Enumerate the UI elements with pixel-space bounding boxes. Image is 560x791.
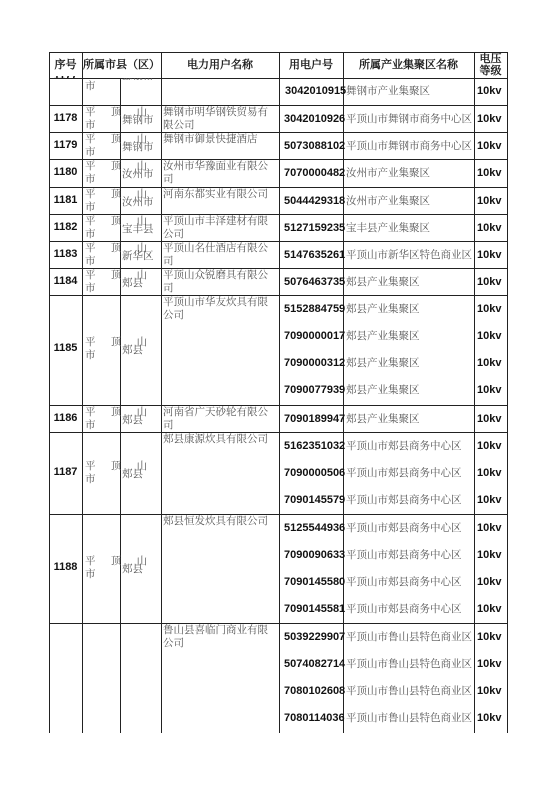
account-no: 5074082714 [284, 658, 345, 671]
voltage-level: 10kv [477, 113, 501, 126]
header-city-county: 所属市县（区） [82, 52, 161, 78]
header-user-name: 电力用户名称 [161, 52, 279, 78]
row-city-suffix: 市 [85, 568, 96, 581]
cluster-name: 汝州市产业集聚区 [346, 195, 430, 208]
row-divider [49, 432, 508, 433]
partial-row-city: 市 [85, 80, 96, 93]
row-county: 郏县 [122, 344, 143, 357]
row-seq: 1183 [49, 248, 82, 261]
voltage-level: 10kv [477, 440, 501, 453]
header-voltage-line2: 等级 [474, 65, 507, 77]
row-user-name: 汝州市华豫面业有限公司 [163, 160, 278, 186]
row-user-name: 平顶山众锐磨具有限公司 [163, 269, 278, 295]
column-divider [82, 52, 83, 733]
voltage-level: 10kv [477, 658, 501, 671]
voltage-level: 10kv [477, 249, 501, 262]
cluster-name: 郏县产业集聚区 [346, 384, 420, 397]
account-no: 7070000482 [284, 167, 345, 180]
voltage-level: 10kv [477, 712, 501, 725]
row-county: 新华区 [122, 250, 154, 263]
row-city-suffix: 市 [85, 119, 96, 132]
cluster-name: 平顶山市郏县商务中心区 [346, 576, 462, 589]
account-no: 7090077939 [284, 384, 345, 397]
column-divider [279, 52, 280, 733]
voltage-level: 10kv [477, 685, 501, 698]
header-bottom-border [49, 78, 508, 79]
row-county: 郏县 [122, 414, 143, 427]
column-divider [161, 52, 162, 733]
account-no: 5073088102 [284, 140, 345, 153]
row-city-suffix: 市 [85, 349, 96, 362]
partial-row-voltage: 10kv [477, 85, 501, 98]
row-city-suffix: 市 [85, 473, 96, 486]
row-seq: 1180 [49, 166, 82, 179]
row-county: 汝州市 [122, 168, 154, 181]
account-no: 7090000506 [284, 467, 345, 480]
row-city-suffix: 市 [85, 173, 96, 186]
row-seq: 1178 [49, 112, 82, 125]
cluster-name: 郏县产业集聚区 [346, 357, 420, 370]
voltage-level: 10kv [477, 631, 501, 644]
cluster-name: 平顶山市郏县商务中心区 [346, 494, 462, 507]
row-county: 汝州市 [122, 196, 154, 209]
voltage-level: 10kv [477, 195, 501, 208]
voltage-level: 10kv [477, 357, 501, 370]
cluster-name: 平顶山市郏县商务中心区 [346, 440, 462, 453]
row-seq: 1182 [49, 221, 82, 234]
voltage-level: 10kv [477, 303, 501, 316]
row-city-suffix: 市 [85, 228, 96, 241]
row-seq: 1186 [49, 412, 82, 425]
account-no: 5127159235 [284, 222, 345, 235]
account-no: 7080114036 [284, 712, 345, 725]
cluster-name: 郏县产业集聚区 [346, 413, 420, 426]
cluster-name: 平顶山市舞钢市商务中心区 [346, 113, 472, 126]
row-seq: 1179 [49, 139, 82, 152]
account-no: 5044429318 [284, 195, 345, 208]
row-city-suffix: 市 [85, 419, 96, 432]
account-no: 7090000017 [284, 330, 345, 343]
account-no: 7090189947 [284, 413, 345, 426]
header-voltage: 电压 等级 [474, 52, 507, 78]
cluster-name: 平顶山市郏县商务中心区 [346, 603, 462, 616]
account-no: 7090090633 [284, 549, 345, 562]
row-county: 舞钢市 [122, 114, 154, 127]
header-cluster-name: 所属产业集聚区名称 [343, 52, 474, 78]
partial-row-account-no: 3042010915 [285, 85, 346, 98]
voltage-level: 10kv [477, 549, 501, 562]
voltage-level: 10kv [477, 413, 501, 426]
row-county: 宝丰县 [122, 223, 154, 236]
cluster-name: 郏县产业集聚区 [346, 303, 420, 316]
account-no: 5147635261 [284, 249, 345, 262]
voltage-level: 10kv [477, 140, 501, 153]
row-seq: 1185 [49, 342, 82, 355]
row-seq: 1184 [49, 275, 82, 288]
row-county: 郏县 [122, 563, 143, 576]
row-county: 郏县 [122, 468, 143, 481]
row-city-suffix: 市 [85, 255, 96, 268]
row-user-name: 河南省广天砂轮有限公司 [163, 406, 278, 432]
row-city-suffix: 市 [85, 146, 96, 159]
voltage-level: 10kv [477, 494, 501, 507]
account-no: 5162351032 [284, 440, 345, 453]
cluster-name: 宝丰县产业集聚区 [346, 222, 430, 235]
row-user-name: 平顶山市华友炊具有限公司 [163, 296, 278, 322]
cluster-name: 平顶山市郏县商务中心区 [346, 467, 462, 480]
row-divider [49, 295, 508, 296]
row-user-name: 鲁山县喜临门商业有限公司 [163, 624, 278, 650]
row-divider [49, 514, 508, 515]
partial-row-cluster: 舞钢市产业集聚区 [346, 85, 430, 98]
header-seq: 序号 [49, 52, 82, 78]
account-no: 7080102608 [284, 685, 345, 698]
row-user-name: 舞钢市明华钢铁贸易有限公司 [163, 106, 278, 132]
voltage-level: 10kv [477, 167, 501, 180]
row-user-name: 平顶山名仕酒店有限公司 [163, 242, 278, 268]
account-no: 5039229907 [284, 631, 345, 644]
cluster-name: 平顶山市郏县商务中心区 [346, 549, 462, 562]
column-divider [507, 52, 508, 733]
row-seq: 1187 [49, 466, 82, 479]
row-city-suffix: 市 [85, 201, 96, 214]
column-divider [474, 52, 475, 733]
voltage-level: 10kv [477, 222, 501, 235]
voltage-level: 10kv [477, 522, 501, 535]
cluster-name: 郏县产业集聚区 [346, 330, 420, 343]
column-divider [49, 52, 50, 733]
cluster-name: 郏县产业集聚区 [346, 276, 420, 289]
cluster-name: 平顶山市郏县商务中心区 [346, 522, 462, 535]
row-county: 舞钢市 [122, 141, 154, 154]
row-divider [49, 623, 508, 624]
account-no: 3042010926 [284, 113, 345, 126]
voltage-level: 10kv [477, 330, 501, 343]
row-seq: 1188 [49, 561, 82, 574]
header-account-no: 用电户号 [279, 52, 343, 78]
account-no: 5152884759 [284, 303, 345, 316]
row-user-name: 郏县恒发炊具有限公司 [163, 515, 278, 528]
voltage-level: 10kv [477, 467, 501, 480]
account-no: 5125544936 [284, 522, 345, 535]
voltage-level: 10kv [477, 276, 501, 289]
cluster-name: 平顶山市舞钢市商务中心区 [346, 140, 472, 153]
row-user-name: 郏县康源炊具有限公司 [163, 433, 278, 446]
account-no: 7090145581 [284, 603, 345, 616]
account-no: 7090145579 [284, 494, 345, 507]
voltage-level: 10kv [477, 384, 501, 397]
row-seq: 1181 [49, 194, 82, 207]
cluster-name: 平顶山市鲁山县特色商业区 [346, 712, 472, 725]
row-user-name: 舞钢市御景快捷酒店 [163, 133, 278, 146]
cluster-name: 汝州市产业集聚区 [346, 167, 430, 180]
row-city-suffix: 市 [85, 282, 96, 295]
account-no: 7090000312 [284, 357, 345, 370]
voltage-level: 10kv [477, 603, 501, 616]
cluster-name: 平顶山市鲁山县特色商业区 [346, 631, 472, 644]
document-page: 序号 所属市县（区） 电力用户名称 用电户号 所属产业集聚区名称 电压 等级 1… [0, 0, 560, 791]
voltage-level: 10kv [477, 576, 501, 589]
account-no: 7090145580 [284, 576, 345, 589]
row-user-name: 河南东都实业有限公司 [163, 188, 278, 201]
cluster-name: 平顶山市鲁山县特色商业区 [346, 685, 472, 698]
row-user-name: 平顶山市丰泽建材有限公司 [163, 215, 278, 241]
row-county: 郏县 [122, 277, 143, 290]
account-no: 5076463735 [284, 276, 345, 289]
cluster-name: 平顶山市新华区特色商业区 [346, 249, 472, 262]
cluster-name: 平顶山市鲁山县特色商业区 [346, 658, 472, 671]
